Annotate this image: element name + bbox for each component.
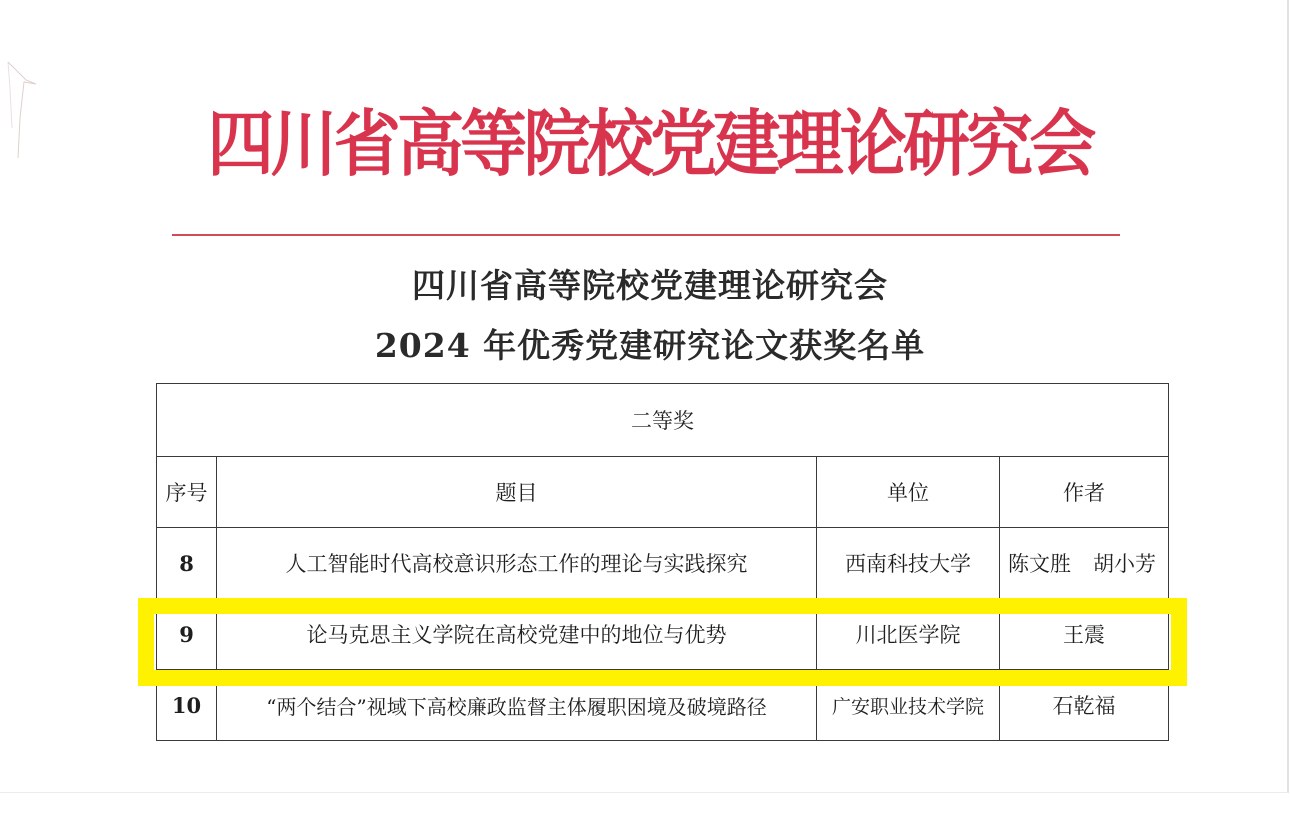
author-unit: 广安职业技术学院 <box>817 670 1000 741</box>
table-row: 10 “两个结合”视域下高校廉政监督主体履职困境及破境路径 广安职业技术学院 石… <box>157 670 1169 741</box>
author-name: 胡小芳 <box>1093 552 1156 576</box>
award-table: 二等奖 序号 题目 单位 作者 8 人工智能时代高校意识形态工作的理论与实践探究… <box>156 383 1169 741</box>
row-number: 8 <box>157 528 217 599</box>
column-header-unit: 单位 <box>817 457 1000 528</box>
table-row-highlighted: 9 论马克思主义学院在高校党建中的地位与优势 川北医学院 王震 <box>157 599 1169 670</box>
authors: 陈文胜胡小芳 <box>1000 528 1169 599</box>
author-name: 石乾福 <box>1053 694 1116 718</box>
author-name: 王震 <box>1063 623 1105 647</box>
column-header-author: 作者 <box>1000 457 1169 528</box>
letterhead-organization-name: 四川省高等院校党建理论研究会 <box>185 94 1115 194</box>
author-unit: 西南科技大学 <box>817 528 1000 599</box>
column-header-number: 序号 <box>157 457 217 528</box>
author-name: 陈文胜 <box>1008 552 1071 576</box>
award-level-row: 二等奖 <box>157 384 1169 457</box>
column-header-title: 题目 <box>217 457 817 528</box>
document-title-line-1: 四川省高等院校党建理论研究会 <box>300 264 1000 308</box>
award-level-label: 二等奖 <box>157 384 1169 457</box>
document-page: 四川省高等院校党建理论研究会 四川省高等院校党建理论研究会 2024 年优秀党建… <box>0 0 1289 793</box>
authors: 王震 <box>1000 599 1169 670</box>
paper-title: 论马克思主义学院在高校党建中的地位与优势 <box>217 599 817 670</box>
table-header-row: 序号 题目 单位 作者 <box>157 457 1169 528</box>
authors: 石乾福 <box>1000 670 1169 741</box>
table-row: 8 人工智能时代高校意识形态工作的理论与实践探究 西南科技大学 陈文胜胡小芳 <box>157 528 1169 599</box>
pen-mark-decoration <box>6 58 56 168</box>
document-title-line-2: 2024 年优秀党建研究论文获奖名单 <box>300 322 1000 370</box>
paper-title: 人工智能时代高校意识形态工作的理论与实践探究 <box>217 528 817 599</box>
row-number: 9 <box>157 599 217 670</box>
row-number: 10 <box>157 670 217 741</box>
letterhead-divider <box>172 234 1120 236</box>
paper-title: “两个结合”视域下高校廉政监督主体履职困境及破境路径 <box>217 670 817 741</box>
author-unit: 川北医学院 <box>817 599 1000 670</box>
